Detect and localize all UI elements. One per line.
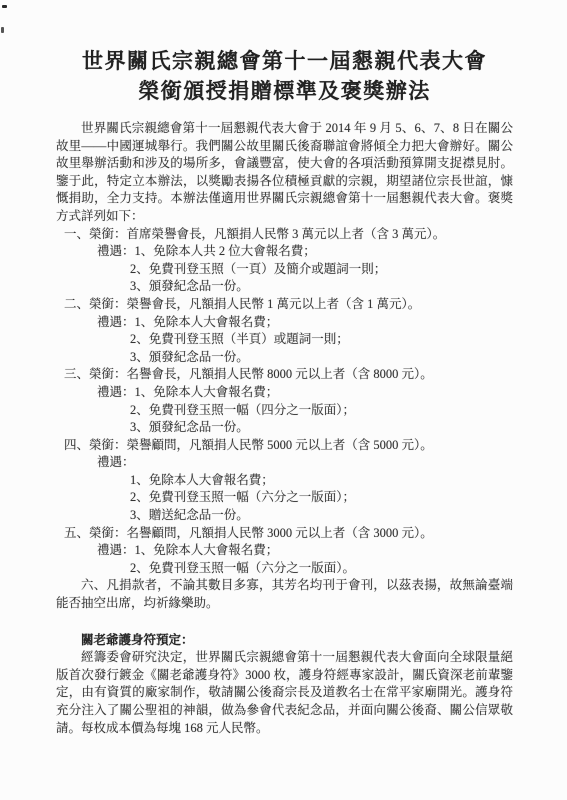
- honor-item-3-sub-2: 2、免費刊登玉照一幅（四分之一版面）；: [56, 402, 513, 420]
- honor-item-1-sub-3: 3、頒發紀念品一份。: [56, 278, 513, 296]
- honor-item-2: 二、榮銜：榮譽會長，凡額捐人民幣 1 萬元以上者（含 1 萬元）。: [56, 296, 513, 314]
- honor-item-4: 四、榮銜：榮譽顧問，凡額捐人民幣 5000 元以上者（含 5000 元）。: [56, 437, 513, 455]
- honor-item-6-paragraph: 六、凡捐款者，不論其數目多寡，其芳名均刊于會刊，以茲表揚，故無論臺端能否抽空出席…: [56, 577, 513, 612]
- scan-artifact: [1, 27, 4, 33]
- honor-item-4-sub-3: 3、贈送紀念品一份。: [56, 507, 513, 525]
- document-title-line-1: 世界關氏宗親總會第十一屆懇親代表大會: [56, 46, 513, 76]
- scanned-document-page: 世界關氏宗親總會第十一屆懇親代表大會 榮銜頒授捐贈標準及褒獎辦法 世界關氏宗親總…: [0, 0, 567, 800]
- honor-item-4-sub-1: 1、免除本人大會報名費；: [56, 472, 513, 490]
- honor-item-3-liyu: 禮遇：1、免除本人大會報名費；: [56, 384, 513, 402]
- honor-item-1: 一、榮銜：首席榮譽會長，凡額捐人民幣 3 萬元以上者（含 3 萬元）。: [56, 226, 513, 244]
- document-title-line-2: 榮銜頒授捐贈標準及褒獎辦法: [56, 76, 513, 106]
- honor-item-3: 三、榮銜：名譽會長，凡額捐人民幣 8000 元以上者（含 8000 元）。: [56, 366, 513, 384]
- honor-item-2-sub-3: 3、頒發紀念品一份。: [56, 349, 513, 367]
- honor-item-2-liyu: 禮遇：1、免除本人大會報名費；: [56, 314, 513, 332]
- honor-item-1-liyu: 禮遇：1、免除本人共 2 位大會報名費；: [56, 243, 513, 261]
- honor-item-5-liyu: 禮遇：1、免除本人大會報名費；: [56, 542, 513, 560]
- honor-item-4-liyu: 禮遇：: [56, 454, 513, 472]
- document-title: 世界關氏宗親總會第十一屆懇親代表大會 榮銜頒授捐贈標準及褒獎辦法: [56, 46, 513, 106]
- document-content: 世界關氏宗親總會第十一屆懇親代表大會 榮銜頒授捐贈標準及褒獎辦法 世界關氏宗親總…: [56, 46, 513, 737]
- honor-item-1-sub-2: 2、免費刊登玉照（一頁）及簡介或題詞一則；: [56, 261, 513, 279]
- honor-item-5: 五、榮銜：名譽顧問，凡額捐人民幣 3000 元以上者（含 3000 元）。: [56, 525, 513, 543]
- intro-paragraph: 世界關氏宗親總會第十一屆懇親代表大會于 2014 年 9 月 5、6、7、8 日…: [56, 120, 513, 226]
- honor-item-2-sub-2: 2、免費刊登玉照（半頁）或題詞一則；: [56, 331, 513, 349]
- talisman-section-heading: 關老爺護身符預定：: [56, 632, 513, 650]
- scan-artifact: [2, 5, 7, 8]
- honor-item-5-sub-2: 2、免費刊登玉照一幅（六分之一版面）。: [56, 560, 513, 578]
- talisman-paragraph: 經籌委會研究決定，世界關氏宗親總會第十一屆懇親代表大會面向全球限量絕版首次發行鍍…: [56, 649, 513, 737]
- honor-item-3-sub-3: 3、頒發紀念品一份。: [56, 419, 513, 437]
- honor-item-4-sub-2: 2、免費刊登玉照一幅（六分之一版面）；: [56, 489, 513, 507]
